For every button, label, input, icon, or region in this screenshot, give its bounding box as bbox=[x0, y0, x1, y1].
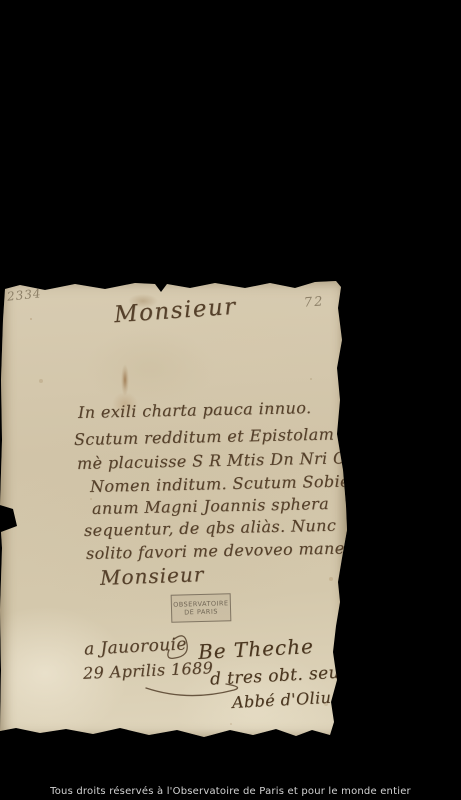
handwritten-line-4: Nomen inditum. Scutum Sobiesci bbox=[90, 471, 374, 496]
manuscript-page: 2334 72 Monsieur In exili charta pauca i… bbox=[0, 278, 348, 740]
handwritten-line-3: mè placuisse S R Mtis Dn Nri Clem. bbox=[77, 448, 382, 473]
handwritten-line-5: anum Magni Joannis sphera bbox=[92, 494, 329, 518]
handwritten-line-1: In exili charta pauca innuo. bbox=[78, 398, 312, 422]
foxing-specks bbox=[30, 318, 32, 320]
copyright-caption: Tous droits réservés à l'Observatoire de… bbox=[0, 786, 461, 797]
handwritten-signature-1: Be Theche bbox=[197, 634, 314, 664]
folio-number-pencil: 72 bbox=[304, 294, 326, 310]
manuscript-photo-viewer: 2334 72 Monsieur In exili charta pauca i… bbox=[0, 0, 461, 800]
stamp-line2: DE PARIS bbox=[184, 608, 218, 616]
handwritten-line-6: sequentur, de qbs aliàs. Nunc bbox=[84, 516, 337, 540]
stamp-line1: OBSERVATOIRE bbox=[173, 600, 229, 608]
archival-number-pencil: 2334 bbox=[6, 286, 42, 304]
handwritten-closing-salutation: Monsieur bbox=[100, 562, 205, 590]
observatoire-de-paris-stamp: OBSERVATOIRE DE PARIS bbox=[171, 593, 232, 623]
handwritten-line-7: solito favori me devoveo maneo bbox=[86, 538, 355, 563]
handwritten-line-2: Scutum redditum et Epistolam pri bbox=[74, 424, 364, 449]
